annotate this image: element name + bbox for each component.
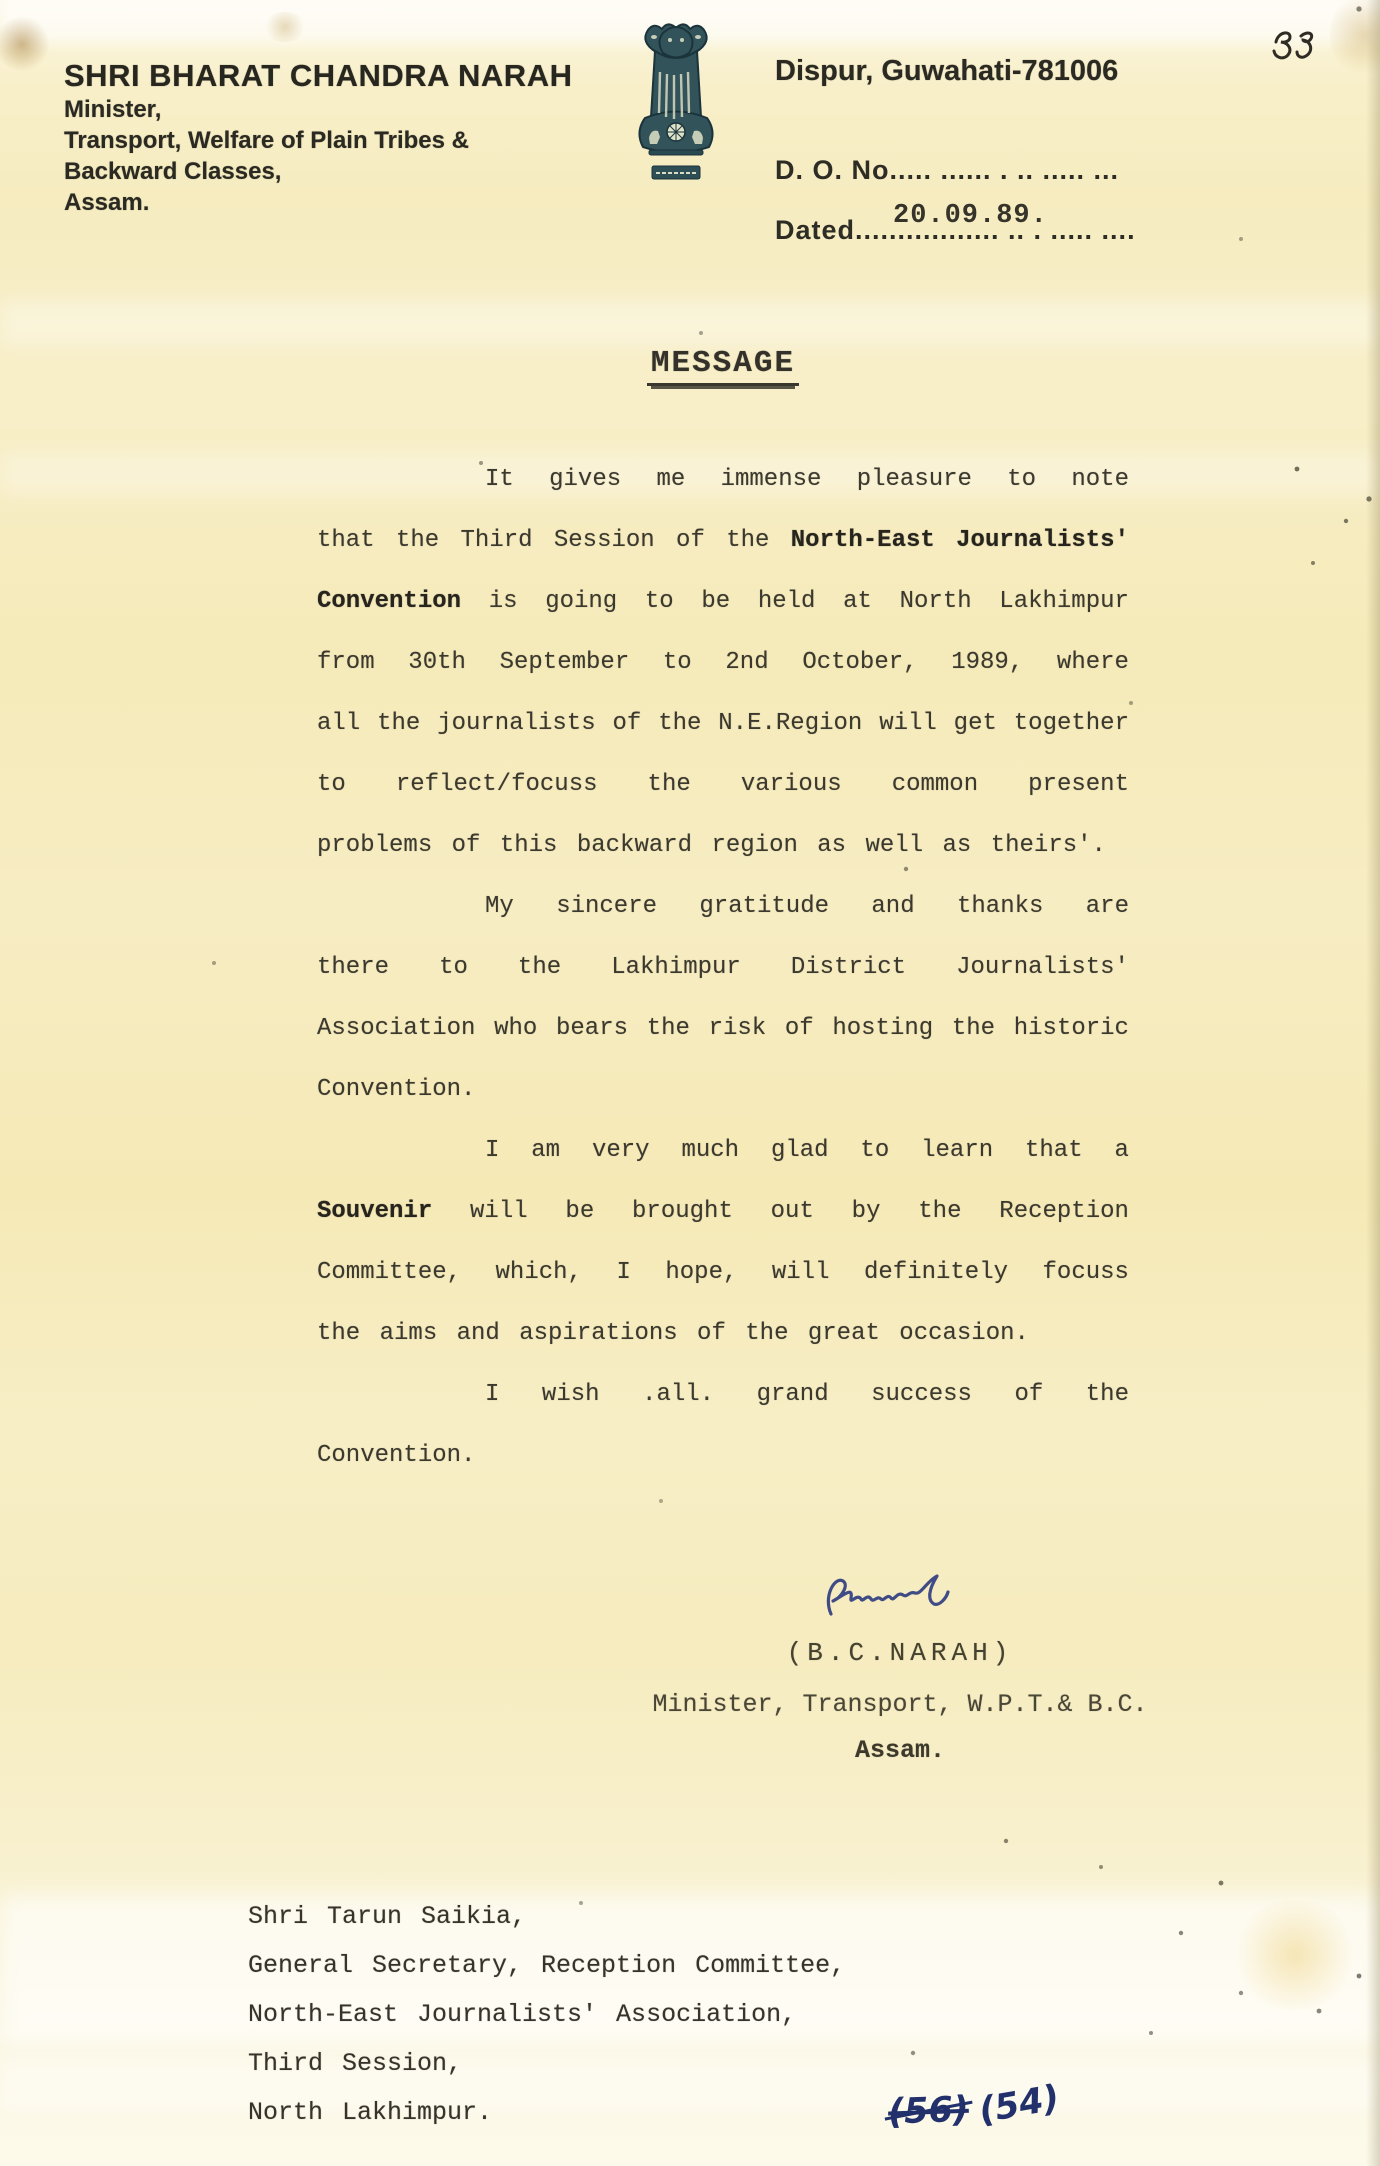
letter-line: Associationwhobearstheriskofhostingthehi… xyxy=(317,1015,1129,1076)
page-number-annotation: (56)(54) xyxy=(887,2082,1061,2134)
scanned-letter-page: SHRI BHARAT CHANDRA NARAH Minister, Tran… xyxy=(0,0,1380,2166)
letter-line: allthejournalistsoftheN.E.Regionwillgett… xyxy=(317,710,1129,771)
scan-speckles xyxy=(0,0,2,2)
letter-line: theretotheLakhimpurDistrictJournalists' xyxy=(317,954,1129,1015)
letter-line: Iwish.all.grandsuccessofthe xyxy=(317,1381,1129,1442)
do-number-line: D. O. No..... ...... . .. ..... ... xyxy=(775,155,1119,186)
message-heading: MESSAGE xyxy=(317,346,1129,386)
letter-line: Committee,which,Ihope,willdefinitelyfocu… xyxy=(317,1259,1129,1320)
signatory-name: (B.C.NARAH) xyxy=(620,1638,1180,1668)
recipient-block: Shri Tarun Saikia,General Secretary, Rec… xyxy=(248,1902,845,2147)
letter-line: the aims and aspirations of the great oc… xyxy=(317,1320,1129,1381)
sender-title-line: Transport, Welfare of Plain Tribes & xyxy=(64,125,572,156)
recipient-line: North-East Journalists' Association, xyxy=(248,2000,845,2049)
recipient-line: General Secretary, Reception Committee, xyxy=(248,1951,845,2000)
sender-name: SHRI BHARAT CHANDRA NARAH xyxy=(64,58,572,94)
paper-stain xyxy=(0,16,50,72)
letter-line: Iamverymuchgladtolearnthata xyxy=(317,1137,1129,1198)
sender-title-line: Assam. xyxy=(64,187,572,218)
dated-label: Dated xyxy=(775,215,855,245)
letter-line: ConventionisgoingtobeheldatNorthLakhimpu… xyxy=(317,588,1129,649)
dated-line: Dated................. .. . ..... .... 2… xyxy=(775,215,1136,246)
letter-line: problems of this backward region as well… xyxy=(317,832,1129,893)
signatory-title: Minister, Transport, W.P.T.& B.C. xyxy=(620,1690,1180,1719)
paper-stain xyxy=(1230,1900,1360,2010)
office-address: Dispur, Guwahati-781006 xyxy=(775,55,1118,88)
sender-title-line: Backward Classes, xyxy=(64,156,572,187)
letter-line: Convention. xyxy=(317,1076,1129,1137)
paper-stain xyxy=(262,12,308,42)
scan-light-band xyxy=(0,300,1380,346)
letter-line: thattheThirdSessionoftheNorth-EastJourna… xyxy=(317,527,1129,588)
ashoka-lion-capital-emblem-icon xyxy=(626,20,726,186)
signatory-region: Assam. xyxy=(620,1736,1180,1765)
scan-edge-shadow xyxy=(1366,0,1380,2166)
sender-letterhead-block: SHRI BHARAT CHANDRA NARAH Minister, Tran… xyxy=(64,58,572,218)
handwritten-folio-number xyxy=(1268,26,1320,70)
message-heading-text: MESSAGE xyxy=(647,346,799,386)
letter-line: Itgivesmeimmensepleasuretonote xyxy=(317,466,1129,527)
letter-line: toreflect/focussthevariouscommonpresent xyxy=(317,771,1129,832)
recipient-line: Third Session, xyxy=(248,2049,845,2098)
recipient-line: Shri Tarun Saikia, xyxy=(248,1902,845,1951)
sender-title-line: Minister, xyxy=(64,94,572,125)
letter-line: Mysinceregratitudeandthanksare xyxy=(317,893,1129,954)
letter-line: SouvenirwillbebroughtoutbytheReception xyxy=(317,1198,1129,1259)
handwritten-signature xyxy=(815,1568,995,1632)
current-page-number: (54) xyxy=(976,2078,1062,2131)
letter-body: ItgivesmeimmensepleasuretonotethattheThi… xyxy=(317,466,1129,1503)
letter-line: Convention. xyxy=(317,1442,1129,1503)
struck-page-number: (56) xyxy=(887,2090,969,2133)
typed-date: 20.09.89. xyxy=(893,201,1048,231)
recipient-line: North Lakhimpur. xyxy=(248,2098,845,2147)
letter-line: from30thSeptemberto2ndOctober,1989,where xyxy=(317,649,1129,710)
